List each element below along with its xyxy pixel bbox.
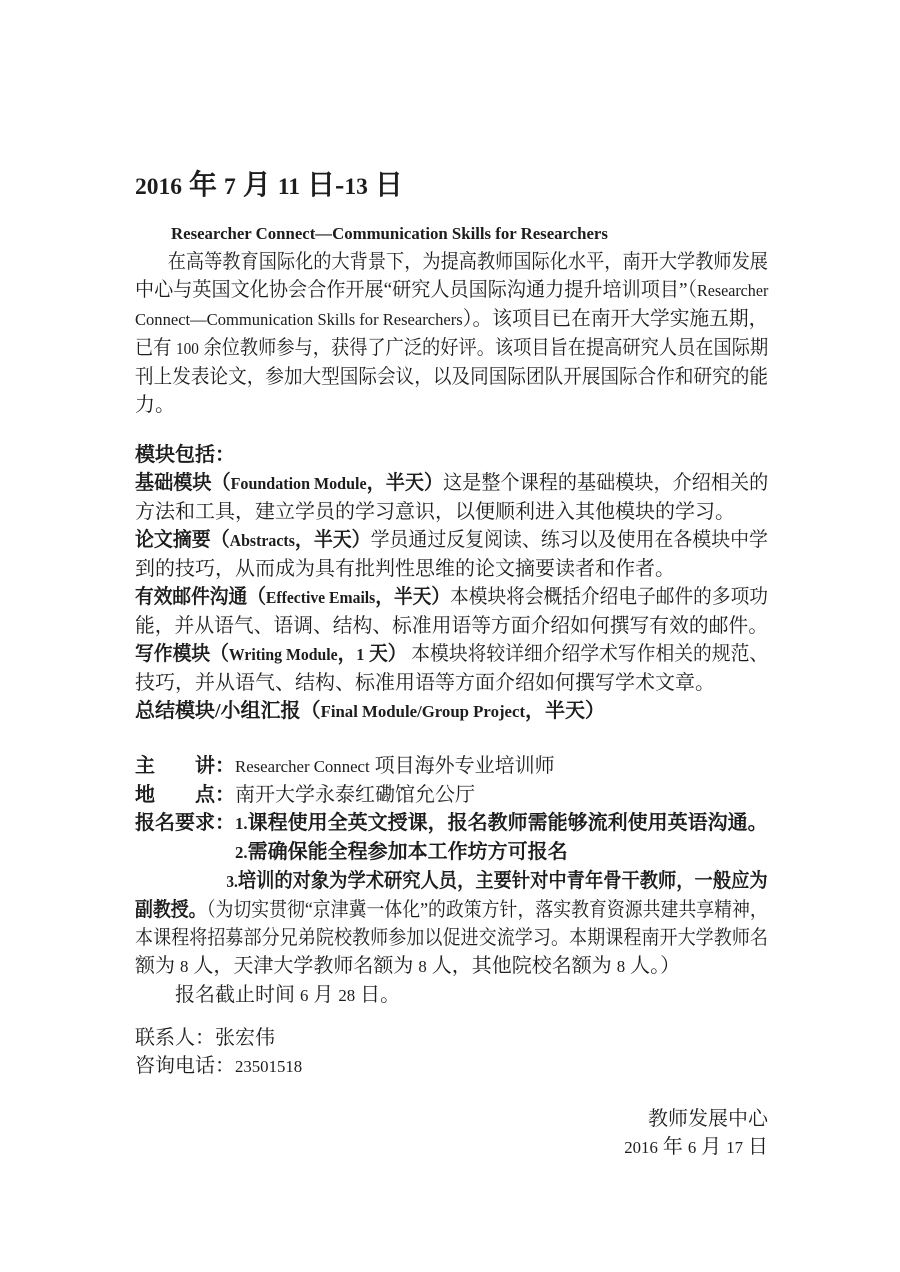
module-writing-line: 技巧，并从语气、结构、标准用语等方面介绍如何撰写学术文章。 bbox=[135, 669, 768, 697]
signature-org: 教师发展中心 bbox=[135, 1105, 768, 1133]
text-segment: 2.需确保能全程参加本工作坊方可报名 bbox=[235, 841, 568, 863]
intro-paragraph-line: 在高等教育国际化的大背景下，为提高教师国际化水平，南开大学教师发展 bbox=[135, 248, 711, 276]
document-page-content: 2016 年 7 月 11 日-13 日Researcher Connect—C… bbox=[135, 166, 768, 1162]
latin-text: 2. bbox=[235, 843, 248, 862]
text-segment: 技巧，并从语气、结构、标准用语等方面介绍如何撰写学术文章。 bbox=[135, 672, 715, 694]
deadline-line: 报名截止时间 6 月 28 日。 bbox=[135, 981, 768, 1010]
text-segment: Connect—Communication Skills for Researc… bbox=[135, 308, 768, 330]
text-segment: 到的技巧，从而成为具有批判性思维的论文摘要读者和作者。 bbox=[135, 558, 675, 580]
text-segment: 方法和工具，建立学员的学习意识，以便顺利进入其他模块的学习。 bbox=[135, 501, 735, 523]
text-segment: 报名截止时间 6 月 28 日。 bbox=[175, 984, 400, 1006]
spacer bbox=[135, 419, 768, 441]
text-segment: 写作模块（Writing Module，1 天） bbox=[135, 643, 407, 665]
text-segment: 总结模块/小组汇报（Final Module/Group Project，半天） bbox=[135, 700, 605, 722]
text-segment: 论文摘要（Abstracts，半天） bbox=[135, 529, 371, 551]
latin-text: 6 bbox=[300, 986, 308, 1005]
text-segment: 在高等教育国际化的大背景下，为提高教师国际化水平，南开大学教师发展 bbox=[168, 251, 768, 273]
module-abstracts-line: 到的技巧，从而成为具有批判性思维的论文摘要读者和作者。 bbox=[135, 555, 768, 583]
text-segment: 教师发展中心 bbox=[648, 1108, 768, 1130]
intro-paragraph-line: 力。 bbox=[135, 391, 768, 419]
latin-text: Researcher bbox=[697, 281, 768, 300]
latin-text: Effective Emails bbox=[266, 588, 375, 607]
requirements-line-3: 3.培训的对象为学术研究人员，主要针对中青年骨干教师，一般应为 bbox=[135, 867, 713, 896]
text-segment: 主 讲： bbox=[135, 755, 235, 777]
text-segment: 刊上发表论文，参加大型国际会议，以及同国际团队开展国际合作和研究的能 bbox=[135, 366, 768, 388]
latin-text: Foundation Module bbox=[231, 474, 367, 493]
contact-name-line: 联系人：张宏伟 bbox=[135, 1024, 768, 1052]
text-segment: 模块包括： bbox=[135, 444, 235, 466]
intro-paragraph-line: 已有 100 余位教师参与，获得了广泛的好评。该项目旨在提高研究人员在国际期 bbox=[135, 334, 712, 363]
module-final-line: 总结模块/小组汇报（Final Module/Group Project，半天） bbox=[135, 697, 768, 726]
text-segment: 这是整个课程的基础模块，介绍相关的 bbox=[443, 472, 768, 494]
text-segment: 南开大学永泰红磡馆允公厅 bbox=[235, 784, 475, 806]
latin-text: Researcher Connect—Communication Skills … bbox=[171, 224, 608, 243]
signature-date: 2016 年 6 月 17 日 bbox=[135, 1133, 768, 1162]
module-foundation-line: 方法和工具，建立学员的学习意识，以便顺利进入其他模块的学习。 bbox=[135, 498, 768, 526]
latin-text: Connect—Communication Skills for Researc… bbox=[135, 310, 463, 329]
text-segment: 已有 100 余位教师参与，获得了广泛的好评。该项目旨在提高研究人员在国际期 bbox=[135, 337, 768, 359]
text-segment: 2016 年 6 月 17 日 bbox=[624, 1136, 768, 1158]
course-title-heading: Researcher Connect—Communication Skills … bbox=[135, 219, 768, 248]
module-writing-line: 写作模块（Writing Module，1 天） 本模块将较详细介绍学术写作相关… bbox=[135, 640, 729, 669]
text-segment: 能，并从语气、语调、结构、标准用语等方面介绍如何撰写有效的邮件。 bbox=[135, 615, 768, 637]
modules-header: 模块包括： bbox=[135, 441, 768, 469]
module-abstracts-line: 论文摘要（Abstracts，半天）学员通过反复阅读、练习以及使用在各模块中学 bbox=[135, 526, 734, 555]
latin-text: 1 bbox=[356, 645, 364, 664]
text-segment: 联系人：张宏伟 bbox=[135, 1027, 275, 1049]
intro-paragraph-line: Connect—Communication Skills for Researc… bbox=[135, 305, 759, 334]
latin-text: 8 bbox=[617, 957, 625, 976]
text-segment: 中心与英国文化协会合作开展“研究人员国际沟通力提升培训项目”（Researche… bbox=[135, 279, 768, 301]
intro-paragraph-line: 刊上发表论文，参加大型国际会议，以及同国际团队开展国际合作和研究的能 bbox=[135, 363, 724, 391]
text-segment: Researcher Connect—Communication Skills … bbox=[171, 222, 608, 244]
contact-phone-line: 咨询电话：23501518 bbox=[135, 1052, 768, 1081]
latin-text: 28 bbox=[338, 986, 355, 1005]
latin-text: 3. bbox=[226, 872, 238, 891]
latin-text: 100 bbox=[176, 339, 199, 358]
spacer bbox=[135, 1081, 768, 1105]
text-segment: 有效邮件沟通（Effective Emails，半天） bbox=[135, 586, 450, 608]
text-segment: （为切实贯彻“京津冀一体化”的政策方针，落实教育资源共建共享精神， bbox=[207, 899, 768, 921]
text-segment: 本模块将会概括介绍电子邮件的多项功 bbox=[450, 586, 768, 608]
latin-text: 2016 bbox=[624, 1138, 658, 1157]
latin-text: 13 bbox=[344, 174, 368, 200]
latin-text: Writing Module bbox=[229, 645, 338, 664]
document-page: 2016 年 7 月 11 日-13 日Researcher Connect—C… bbox=[0, 0, 900, 1272]
latin-text: 8 bbox=[180, 957, 188, 976]
text-segment: 额为 8 人，天津大学教师名额为 8 人，其他院校名额为 8 人。） bbox=[135, 955, 680, 977]
text-segment: 学员通过反复阅读、练习以及使用在各模块中学 bbox=[371, 529, 768, 551]
requirements-note-line: 本课程将招募部分兄弟院校教师参加以促进交流学习。本期课程南开大学教师名 bbox=[135, 924, 707, 952]
latin-text: 2016 bbox=[135, 174, 182, 200]
text-segment: 报名要求：1.课程使用全英文授课，报名教师需能够流利使用英语沟通。 bbox=[135, 812, 768, 834]
latin-text: 17 bbox=[726, 1138, 743, 1157]
latin-text: Final Module/Group Project bbox=[321, 702, 525, 721]
text-segment: 3.培训的对象为学术研究人员，主要针对中青年骨干教师，一般应为 bbox=[226, 870, 767, 892]
event-date-title: 2016 年 7 月 11 日-13 日 bbox=[135, 166, 768, 207]
latin-text: 1. bbox=[235, 814, 248, 833]
text-segment: 咨询电话：23501518 bbox=[135, 1055, 302, 1077]
module-emails-line: 有效邮件沟通（Effective Emails，半天）本模块将会概括介绍电子邮件… bbox=[135, 583, 727, 612]
latin-text: Researcher Connect bbox=[235, 757, 370, 776]
text-segment: 力。 bbox=[135, 394, 175, 416]
instructor-line: 主 讲：Researcher Connect 项目海外专业培训师 bbox=[135, 752, 768, 781]
venue-line: 地 点：南开大学永泰红磡馆允公厅 bbox=[135, 781, 768, 809]
module-foundation-line: 基础模块（Foundation Module，半天）这是整个课程的基础模块，介绍… bbox=[135, 469, 740, 498]
requirements-note-line: 副教授。（为切实贯彻“京津冀一体化”的政策方针，落实教育资源共建共享精神， bbox=[135, 896, 701, 924]
text-segment: 基础模块（Foundation Module，半天） bbox=[135, 472, 443, 494]
text-segment: 本课程将招募部分兄弟院校教师参加以促进交流学习。本期课程南开大学教师名 bbox=[135, 927, 768, 949]
latin-text: 7 bbox=[224, 174, 236, 200]
intro-paragraph-line: 中心与英国文化协会合作开展“研究人员国际沟通力提升培训项目”（Researche… bbox=[135, 276, 740, 305]
latin-text: 6 bbox=[688, 1138, 696, 1157]
module-emails-line: 能，并从语气、语调、结构、标准用语等方面介绍如何撰写有效的邮件。 bbox=[135, 612, 761, 640]
requirements-note-line: 额为 8 人，天津大学教师名额为 8 人，其他院校名额为 8 人。） bbox=[135, 952, 768, 981]
latin-text: 11 bbox=[278, 174, 300, 200]
latin-text: 23501518 bbox=[235, 1057, 302, 1076]
spacer bbox=[135, 1010, 768, 1024]
text-segment: 本模块将较详细介绍学术写作相关的规范、 bbox=[407, 643, 769, 665]
text-segment: Researcher Connect 项目海外专业培训师 bbox=[235, 755, 555, 777]
spacer bbox=[135, 726, 768, 752]
requirements-line-1: 报名要求：1.课程使用全英文授课，报名教师需能够流利使用英语沟通。 bbox=[135, 809, 768, 838]
latin-text: Abstracts bbox=[230, 531, 295, 550]
text-segment: 2016 年 7 月 11 日-13 日 bbox=[135, 170, 403, 201]
text-segment: 地 点： bbox=[135, 784, 235, 806]
requirements-line-2: 2.需确保能全程参加本工作坊方可报名 bbox=[135, 838, 768, 867]
text-segment: 副教授。 bbox=[135, 899, 207, 921]
latin-text: 8 bbox=[418, 957, 426, 976]
